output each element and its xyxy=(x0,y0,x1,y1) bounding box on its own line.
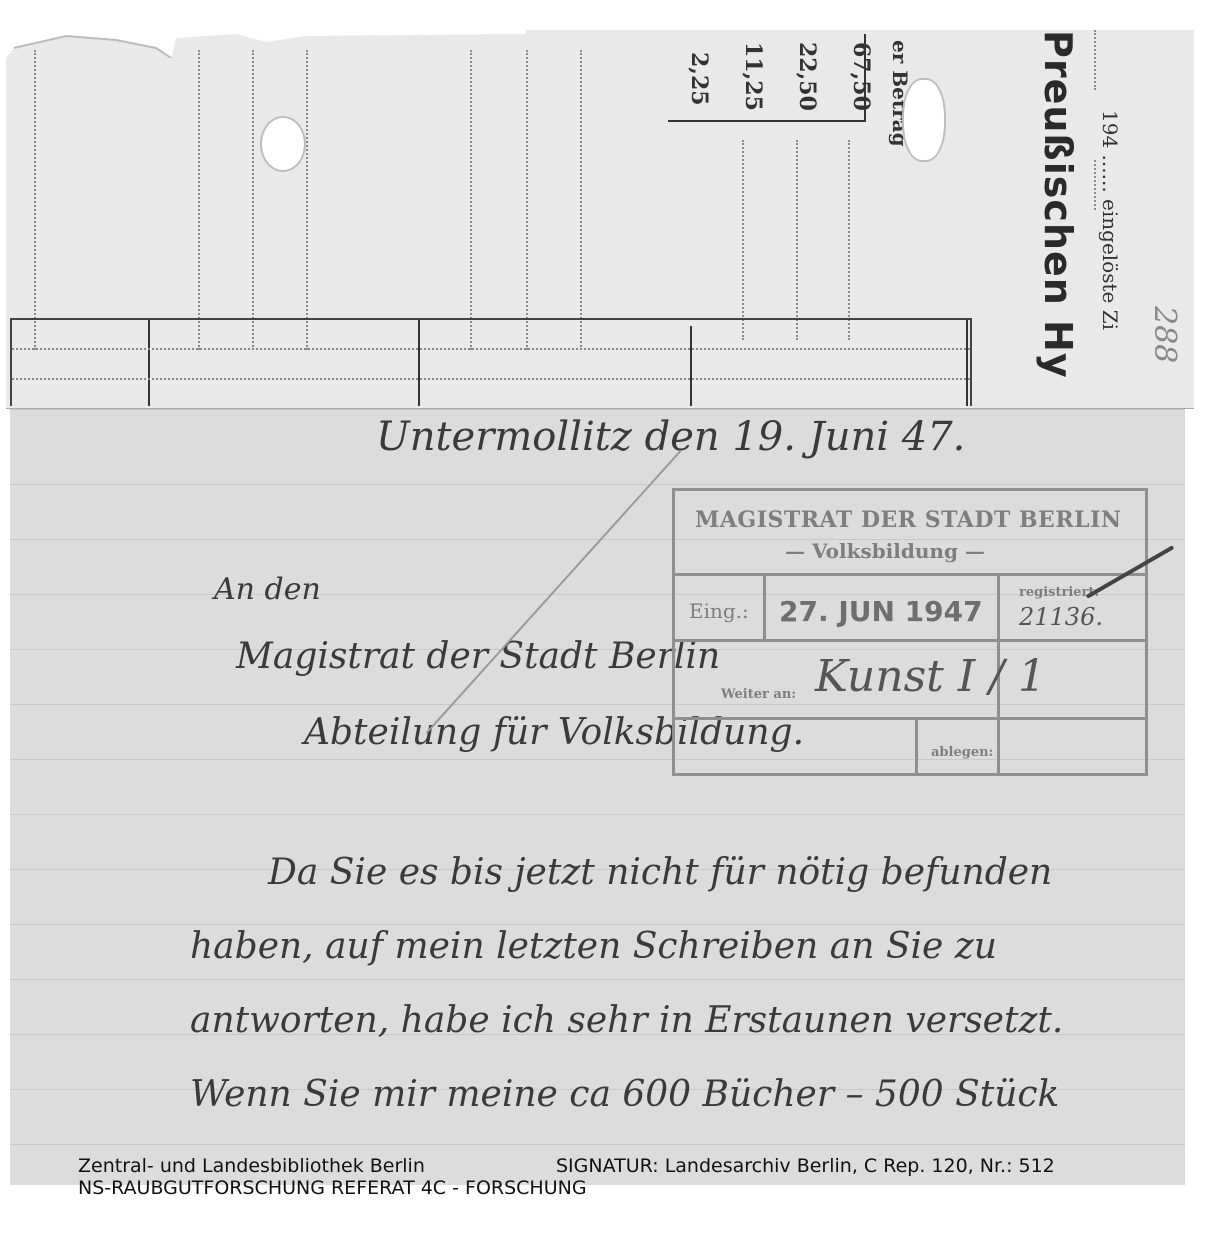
dotted-column-line xyxy=(742,140,744,340)
dotted-column-line xyxy=(306,50,308,350)
stamp-divider xyxy=(915,717,918,773)
salutation-line: Magistrat der Stadt Berlin xyxy=(236,636,720,677)
received-label: Eing.: xyxy=(689,599,749,623)
grid-divider xyxy=(148,320,150,406)
dotted-column-line xyxy=(1094,160,1096,210)
handwritten-routing: Kunst I / 1 xyxy=(815,651,1046,702)
project-name: NS-RAUBGUTFORSCHUNG REFERAT 4C - FORSCHU… xyxy=(78,1177,587,1199)
amount-total-rule xyxy=(668,120,866,122)
received-date: 27. JUN 1947 xyxy=(779,595,983,628)
pencil-annotation: 288 xyxy=(1147,306,1182,363)
dotted-column-line xyxy=(848,140,850,340)
torn-edge xyxy=(6,18,526,58)
forward-label: Weiter an: xyxy=(721,687,796,702)
grid-divider xyxy=(690,326,692,406)
dotted-column-line xyxy=(252,50,254,350)
grid-divider xyxy=(966,320,968,406)
dotted-column-line xyxy=(34,50,36,350)
bank-name: Preußischen Hy xyxy=(1036,30,1080,379)
archive-footer: Zentral- und Landesbibliothek Berlin SIG… xyxy=(78,1155,587,1199)
amount-value: 2,25 xyxy=(686,52,712,106)
body-line: haben, auf mein letzten Schreiben an Sie… xyxy=(190,926,997,967)
amount-value: 67,50 xyxy=(848,42,874,111)
dotted-row-line xyxy=(12,348,970,350)
place-date: Untermollitz den 19. Juni 47. xyxy=(376,414,965,460)
form-grid xyxy=(10,318,972,406)
receipt-form: 67,50 22,50 11,25 2,25 er Betrag Preußis… xyxy=(6,30,1194,408)
institution-name: Zentral- und Landesbibliothek Berlin xyxy=(78,1155,587,1177)
registration-number: 21136. xyxy=(1019,603,1103,631)
dotted-column-line xyxy=(526,50,528,350)
salutation-line: An den xyxy=(214,572,321,607)
grid-divider xyxy=(418,320,420,406)
dotted-row-line xyxy=(12,378,970,380)
stamp-divider xyxy=(675,573,1145,576)
registry-stamp: MAGISTRAT DER STADT BERLIN — Volksbildun… xyxy=(672,488,1148,776)
stamp-department: — Volksbildung — xyxy=(785,539,985,563)
dotted-column-line xyxy=(796,140,798,340)
dotted-column-line xyxy=(470,50,472,350)
body-line: antworten, habe ich sehr in Erstaunen ve… xyxy=(190,1000,1063,1041)
file-label: ablegen: xyxy=(931,745,993,760)
body-line: Wenn Sie mir meine ca 600 Bücher – 500 S… xyxy=(190,1074,1059,1115)
punch-hole xyxy=(260,116,306,172)
stamp-divider xyxy=(675,639,1145,642)
stamp-divider xyxy=(675,717,1145,720)
dotted-column-line xyxy=(1094,30,1096,90)
stamp-divider xyxy=(763,573,766,641)
amount-value: 11,25 xyxy=(740,42,766,111)
body-line: Da Sie es bis jetzt nicht für nötig befu… xyxy=(268,852,1052,893)
dotted-column-line xyxy=(198,50,200,350)
archive-signature: SIGNATUR: Landesarchiv Berlin, C Rep. 12… xyxy=(556,1155,1055,1177)
amount-value: 22,50 xyxy=(794,42,820,111)
stamp-title: MAGISTRAT DER STADT BERLIN xyxy=(695,507,1121,533)
punch-hole xyxy=(902,78,946,162)
cashed-coupons-label: 194 ...... eingelöste Zi xyxy=(1098,110,1122,330)
dotted-column-line xyxy=(580,50,582,350)
